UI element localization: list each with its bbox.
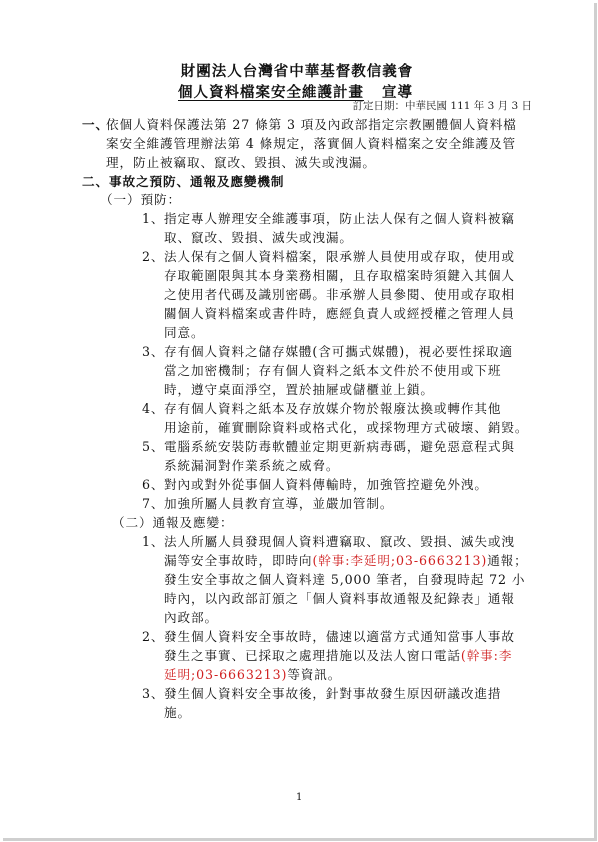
section1-line: 理，防止被竊取、竄改、毀損、滅失或洩漏。 (106, 154, 376, 172)
response-item-text: 施。 (164, 704, 191, 722)
response-text: 漏等安全事故時，即時向 (164, 553, 312, 568)
response-text: 發生之事實、已採取之處理措施以及法人窗口電話 (164, 648, 461, 663)
response-item-text: 漏等安全事故時，即時向(幹事:李延明;03-6663213)通報； (164, 552, 528, 570)
response-item-text: 法人所屬人員發現個人資料遭竊取、竄改、毀損、滅失或洩 (164, 533, 515, 551)
response-item-text: 時內，以內政部訂頒之「個人資料事故通報及紀錄表」通報 (164, 590, 515, 608)
prevention-item-text: 同意。 (164, 324, 204, 342)
response-item-text: 延明;03-6663213)等資訊。 (164, 666, 341, 684)
response-item-text: 發生之事實、已採取之處理措施以及法人窗口電話(幹事:李 (164, 647, 512, 665)
response-item-number: 3、 (142, 685, 164, 703)
contact-info: (幹事:李延明;03-6663213) (312, 553, 487, 568)
prevention-item-text: 存有個人資料之紙本及存放媒介物於報廢汰換或轉作其他 (164, 400, 501, 418)
section1-line: 依個人資料保護法第 27 條第 3 項及內政部指定宗教團體個人資料檔 (106, 116, 517, 134)
response-item-text: 內政部。 (164, 609, 218, 627)
organization-title: 財團法人台灣省中華基督教信義會 (0, 60, 594, 81)
prevention-item-number: 2、 (142, 248, 164, 266)
prevention-item-text: 關個人資料檔案或書件時，應經負責人或經授權之管理人員 (164, 305, 515, 323)
section1-line: 案安全維護管理辦法第 4 條規定，落實個人資料檔案之安全維護及管 (106, 135, 516, 153)
prevention-item-text: 加強所屬人員教育宣導，並嚴加管制。 (164, 495, 393, 513)
response-item-text: 發生個人資料安全事故後，針對事故發生原因研議改進措 (164, 685, 501, 703)
document-page: 財團法人台灣省中華基督教信義會 個人資料檔案安全維護計畫宣導 訂定日期：中華民國… (0, 0, 594, 838)
prevention-item-number: 1、 (142, 210, 164, 228)
contact-info: (幹事:李 (461, 648, 512, 663)
enactment-date: 訂定日期：中華民國 111 年 3 月 3 日 (353, 98, 532, 113)
section1-marker: 一、 (82, 116, 109, 134)
prevention-item-text: 法人保有之個人資料檔案，限承辦人員使用或存取，使用或 (164, 248, 515, 266)
response-item-text: 發生安全事故之個人資料達 5,000 筆者，自發現時起 72 小 (164, 571, 525, 589)
prevention-item-number: 5、 (142, 438, 164, 456)
page-number: 1 (296, 792, 302, 803)
prevention-item-text: 系統漏洞對作業系統之威脅。 (164, 457, 339, 475)
response-heading: （二）通報及應變： (112, 514, 233, 532)
section2-heading: 二、事故之預防、通報及應變機制 (82, 173, 284, 191)
prevention-item-text: 存有個人資料之儲存媒體(含可攜式媒體)，視必要性採取適 (164, 343, 513, 361)
prevention-item-number: 6、 (142, 476, 164, 494)
prevention-item-text: 電腦系統安裝防毒軟體並定期更新病毒碼，避免惡意程式與 (164, 438, 515, 456)
prevention-item-text: 存取範圍限與其本身業務相關，且存取檔案時須鍵入其個人 (164, 267, 515, 285)
response-item-text: 發生個人資料安全事故時，儘速以適當方式通知當事人事故 (164, 628, 515, 646)
response-text: 通報； (487, 553, 527, 568)
prevention-item-text: 當之加密機制；存有個人資料之紙本文件於不使用或下班 (164, 362, 501, 380)
prevention-item-text: 用途前，確實刪除資料或格式化，或採物理方式破壞、銷毀。 (164, 419, 528, 437)
response-item-number: 1、 (142, 533, 164, 551)
plan-title-underlined: 個人資料檔案安全維護計畫 (178, 84, 364, 101)
prevention-item-text: 取、竄改、毀損、滅失或洩漏。 (164, 229, 353, 247)
prevention-item-number: 4、 (142, 400, 164, 418)
prevention-heading: （一）預防： (100, 191, 181, 209)
response-item-number: 2、 (142, 628, 164, 646)
prevention-item-text: 對內或對外從事個人資料傳輸時，加強管控避免外洩。 (164, 476, 488, 494)
prevention-item-number: 3、 (142, 343, 164, 361)
response-text: 等資訊。 (287, 667, 341, 682)
prevention-item-number: 7、 (142, 495, 164, 513)
prevention-item-text: 指定專人辦理安全維護事項，防止法人保有之個人資料被竊 (164, 210, 515, 228)
prevention-item-text: 之使用者代碼及識別密碼。非承辦人員參閱、使用或存取相 (164, 286, 515, 304)
prevention-item-text: 時，遵守桌面淨空，置於抽屜或儲櫃並上鎖。 (164, 381, 434, 399)
contact-info: 延明;03-6663213) (164, 667, 287, 682)
